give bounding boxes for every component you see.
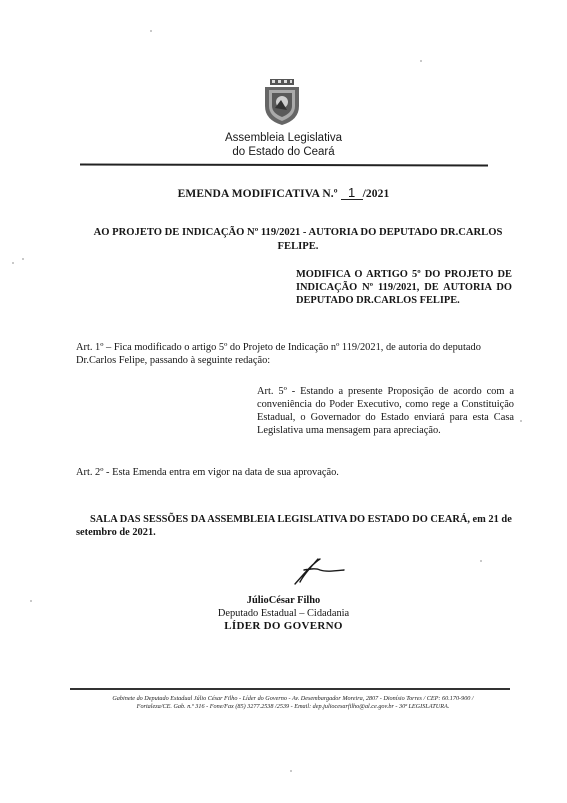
title-suffix: /2021 <box>363 188 390 200</box>
scan-speck <box>290 770 292 772</box>
footer-divider <box>70 688 510 690</box>
institution-name-line1: Assembleia Legislativa <box>0 131 567 146</box>
amendment-number: 1 <box>341 187 363 200</box>
article-5-quoted: Art. 5º - Estando a presente Proposição … <box>257 385 514 437</box>
article-1: Art. 1º – Fica modificado o artigo 5º do… <box>76 341 514 367</box>
document-title: EMENDA MODIFICATIVA N.º 1/2021 <box>0 187 567 200</box>
closing-statement: SALA DAS SESSÕES DA ASSEMBLEIA LEGISLATI… <box>76 513 516 539</box>
scan-speck <box>420 60 422 62</box>
footer: Gabinete do Deputado Estadual Júlio Césa… <box>64 695 522 711</box>
document-subject: AO PROJETO DE INDICAÇÃO Nº 119/2021 - AU… <box>88 226 508 254</box>
scan-speck <box>480 560 482 562</box>
institution-name-line2: do Estado do Ceará <box>0 145 567 160</box>
scan-speck <box>150 30 152 32</box>
footer-line1: Gabinete do Deputado Estadual Júlio Césa… <box>64 695 522 703</box>
signer-role: Deputado Estadual – Cidadania <box>0 607 567 620</box>
ementa: MODIFICA O ARTIGO 5º DO PROJETO DE INDIC… <box>296 268 512 307</box>
signer-name: JúlioCésar Filho <box>0 594 567 607</box>
scan-speck <box>22 258 24 260</box>
article-2: Art. 2º - Esta Emenda entra em vigor na … <box>76 466 514 479</box>
scan-speck <box>12 262 14 264</box>
handwritten-signature <box>290 556 350 586</box>
state-coat-of-arms-icon <box>261 78 303 126</box>
footer-line2: Fortaleza/CE. Gab. n.º 316 - Fone/Fax (8… <box>64 703 522 711</box>
title-prefix: EMENDA MODIFICATIVA N.º <box>178 188 338 200</box>
scan-speck <box>520 420 522 422</box>
header-divider <box>80 163 488 166</box>
signer-title: LÍDER DO GOVERNO <box>0 620 567 633</box>
